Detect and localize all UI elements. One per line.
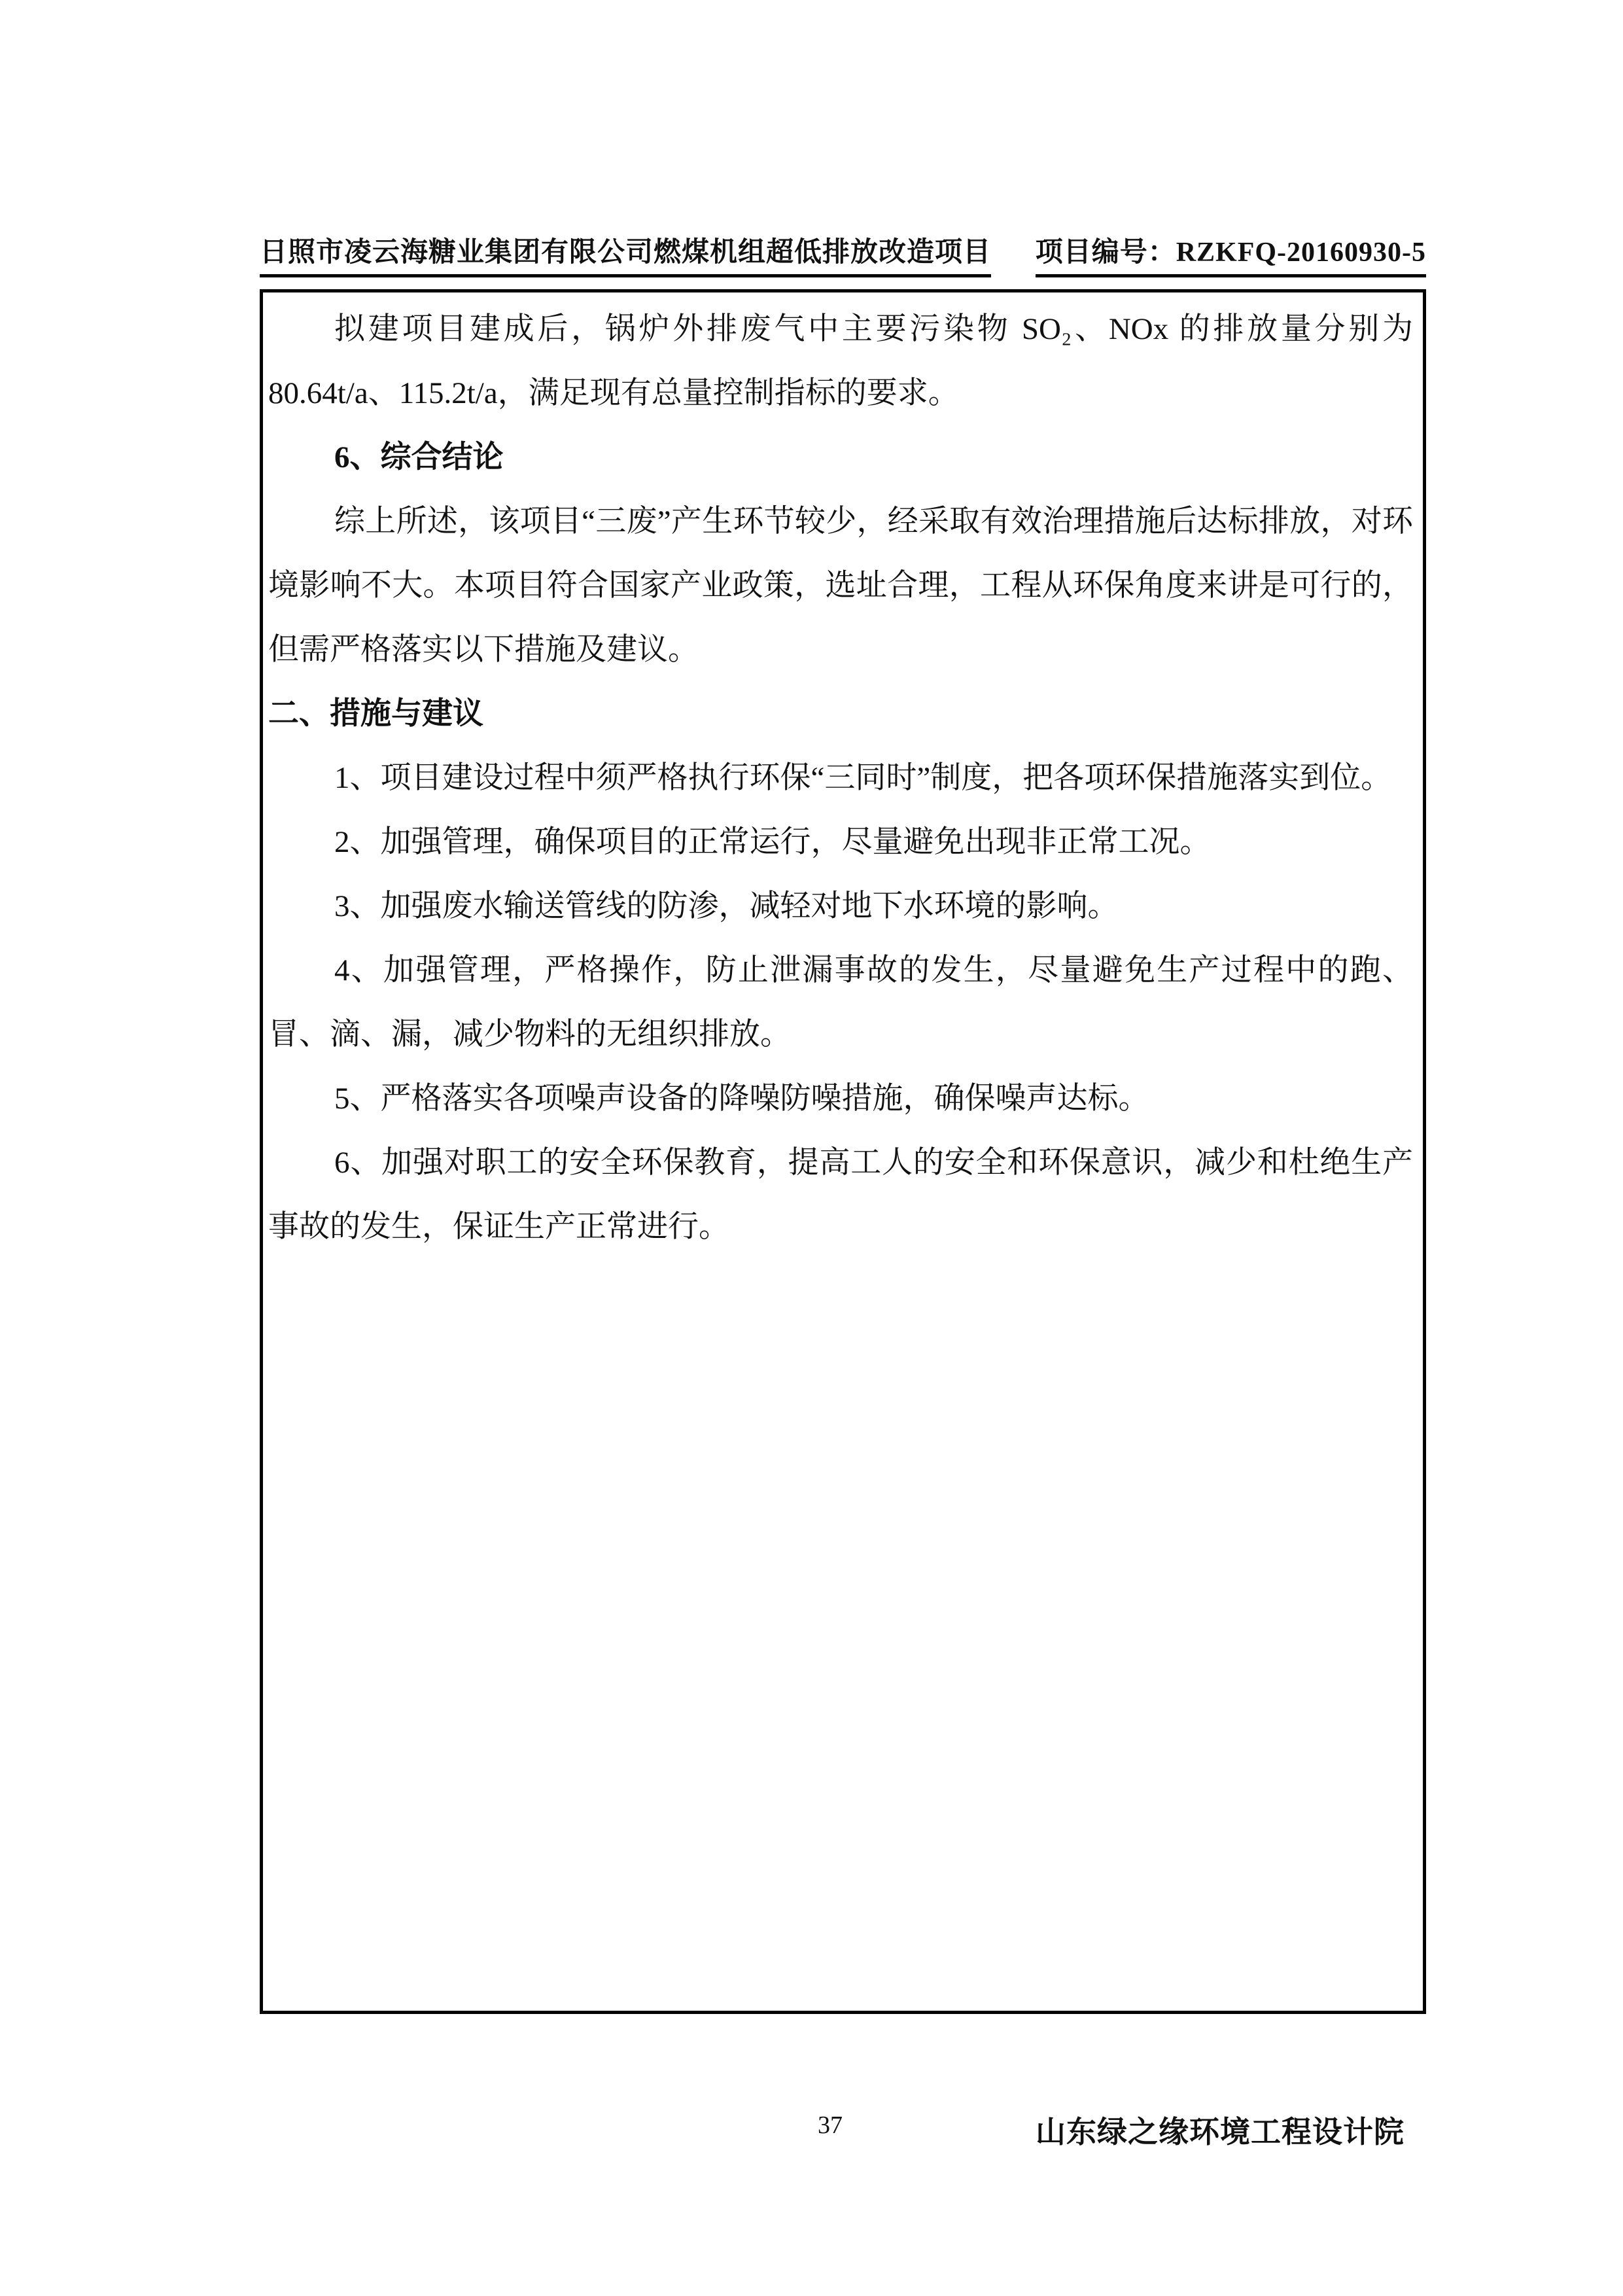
measure-item-4: 4、加强管理，严格操作，防止泄漏事故的发生，尽量避免生产过程中的跑、冒、滴、漏，…: [268, 938, 1413, 1067]
footer-page-number: 37: [818, 2111, 843, 2140]
paragraph-conclusion: 综上所述，该项目“三废”产生环节较少，经采取有效治理措施后达标排放，对环境影响不…: [268, 489, 1413, 682]
content-box: 拟建项目建成后，锅炉外排废气中主要污染物 SO₂、NOx 的排放量分别为80.6…: [260, 289, 1426, 2014]
section-heading-measures: 二、措施与建议: [268, 682, 1413, 746]
page-header: 日照市凌云海糖业集团有限公司燃煤机组超低排放改造项目 项目编号：RZKFQ-20…: [260, 230, 1426, 277]
header-document-title: 日照市凌云海糖业集团有限公司燃煤机组超低排放改造项目: [260, 230, 991, 277]
measure-item-3: 3、加强废水输送管线的防渗，减轻对地下水环境的影响。: [268, 874, 1413, 938]
header-project-number: 项目编号：RZKFQ-20160930-5: [1036, 230, 1426, 277]
document-page: 日照市凌云海糖业集团有限公司燃煤机组超低排放改造项目 项目编号：RZKFQ-20…: [0, 0, 1623, 2296]
measure-item-5: 5、严格落实各项噪声设备的降噪防噪措施，确保噪声达标。: [268, 1067, 1413, 1131]
measure-item-6: 6、加强对职工的安全环保教育，提高工人的安全和环保意识，减少和杜绝生产事故的发生…: [268, 1131, 1413, 1259]
paragraph-emission-summary: 拟建项目建成后，锅炉外排废气中主要污染物 SO₂、NOx 的排放量分别为80.6…: [268, 297, 1413, 425]
measure-item-1: 1、项目建设过程中须严格执行环保“三同时”制度，把各项环保措施落实到位。: [268, 746, 1413, 810]
content-body: 拟建项目建成后，锅炉外排废气中主要污染物 SO₂、NOx 的排放量分别为80.6…: [263, 292, 1423, 1259]
footer-organization: 山东绿之缘环境工程设计院: [1035, 2108, 1405, 2151]
measure-item-2: 2、加强管理，确保项目的正常运行，尽量避免出现非正常工况。: [268, 810, 1413, 874]
section-heading-conclusion: 6、综合结论: [268, 425, 1413, 489]
